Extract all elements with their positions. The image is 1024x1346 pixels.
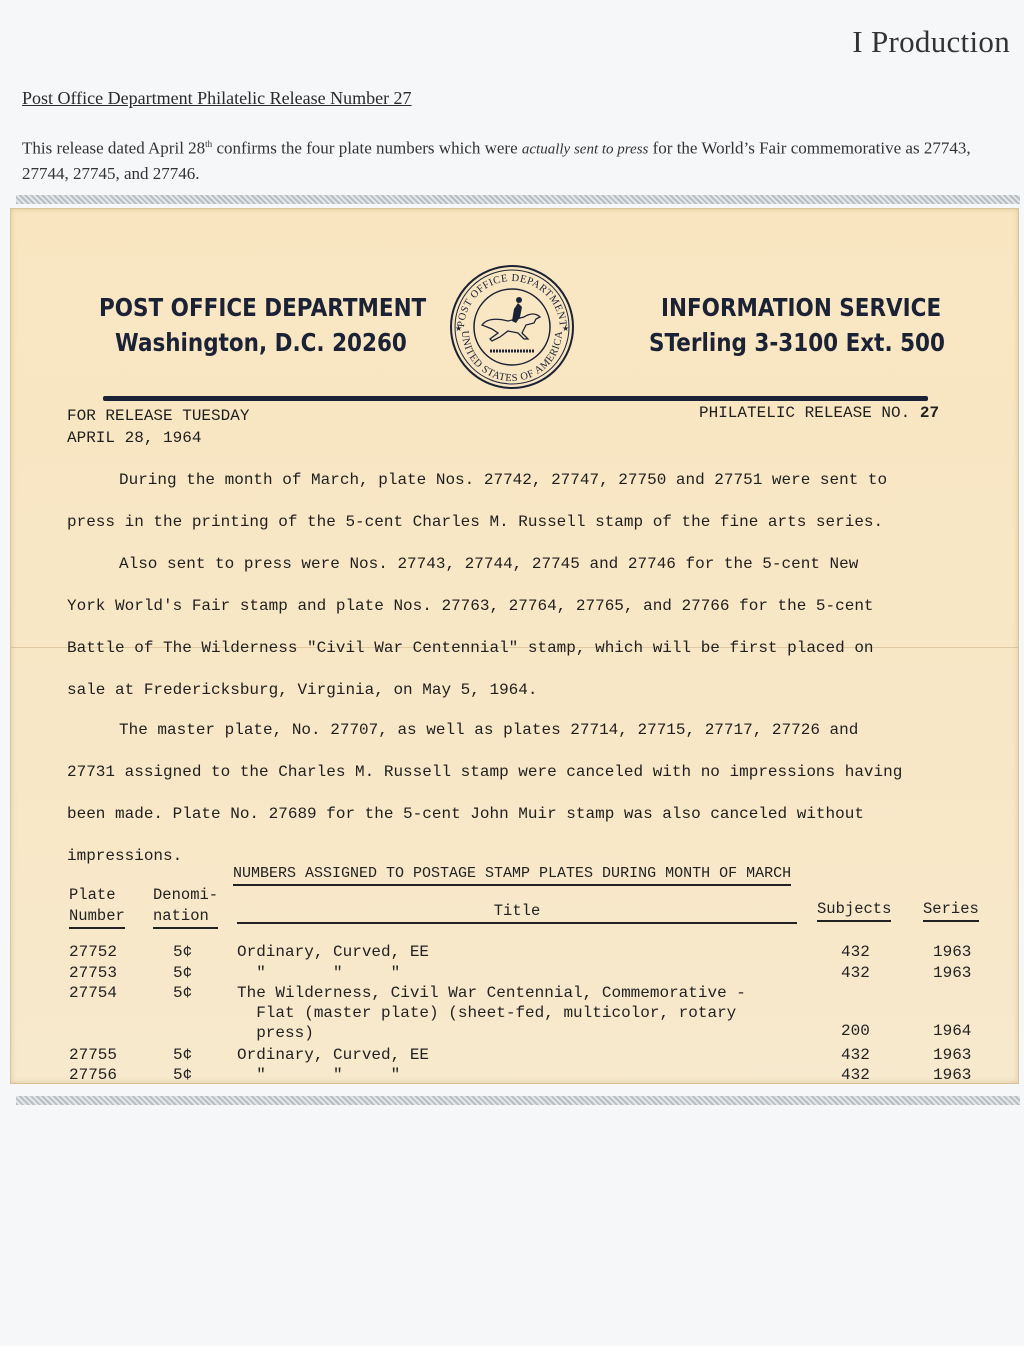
cell-denomination: 5¢ [173,1046,192,1064]
cell-title-line3: press) [237,1024,314,1042]
svg-text:★: ★ [562,324,569,333]
col-header-plate-2: Number [69,906,125,929]
cell-subjects: 432 [841,1066,870,1083]
cell-series: 1963 [933,943,971,961]
release-day: FOR RELEASE TUESDAY [67,407,249,425]
col-header-plate-1: Plate [69,885,125,906]
divider-top [16,195,1020,204]
body-line: Also sent to press were Nos. 27743, 2774… [119,555,858,573]
cell-denomination: 5¢ [173,943,192,961]
post-rider-seal-icon: POST OFFICE DEPARTMENT UNITED STATES OF … [448,265,576,389]
cell-title-line2: Flat (master plate) (sheet-fed, multicol… [237,1004,736,1022]
intro-paragraph: This release dated April 28th confirms t… [22,133,982,185]
body-line: York World's Fair stamp and plate Nos. 2… [67,597,874,615]
release-number-label: PHILATELIC RELEASE NO. [699,404,910,422]
intro-text-1: This release dated April 28 [22,139,205,158]
letterhead-rule [103,396,928,401]
cell-plate: 27752 [69,943,117,961]
cell-plate: 27754 [69,984,117,1002]
body-line: impressions. [67,847,182,865]
table-row: 27754 5¢ The Wilderness, Civil War Cente… [11,984,1018,1048]
page-heading: Post Office Department Philatelic Releas… [22,88,412,109]
body-line: During the month of March, plate Nos. 27… [119,471,887,489]
letterhead-right-line1: INFORMATION SERVICE [661,291,941,325]
col-header-subjects: Subjects [817,899,891,922]
cell-series: 1963 [933,1066,971,1083]
cell-title: " " " [237,1066,400,1083]
col-header-denom-1: Denomi- [153,885,218,906]
body-line: been made. Plate No. 27689 for the 5-cen… [67,805,864,823]
cell-denomination: 5¢ [173,1066,192,1083]
cell-plate: 27756 [69,1066,117,1083]
cell-denomination: 5¢ [173,984,192,1002]
cell-series: 1964 [933,1022,971,1040]
cell-series: 1963 [933,1046,971,1064]
letterhead-left-line1: POST OFFICE DEPARTMENT [99,291,426,325]
svg-text:★: ★ [455,324,462,333]
cell-title: " " " [237,964,400,982]
body-line: 27731 assigned to the Charles M. Russell… [67,763,902,781]
cell-plate: 27753 [69,964,117,982]
divider-bottom [16,1096,1020,1105]
cell-subjects: 432 [841,1046,870,1064]
body-line: press in the printing of the 5-cent Char… [67,513,883,531]
cell-series: 1963 [933,964,971,982]
body-line: Battle of The Wilderness "Civil War Cent… [67,639,874,657]
table-row: 27756 5¢ " " " 432 1963 [11,1066,1018,1083]
body-line: The master plate, No. 27707, as well as … [119,721,858,739]
table-row: 27752 5¢ Ordinary, Curved, EE 432 1963 [11,943,1018,963]
intro-text-2: confirms the four plate numbers which we… [212,139,522,158]
cell-title: The Wilderness, Civil War Centennial, Co… [237,984,746,1002]
letterhead-left-line2: Washington, D.C. 20260 [115,326,407,360]
col-header-series: Series [923,899,979,922]
table-row: 27753 5¢ " " " 432 1963 [11,964,1018,984]
release-number: PHILATELIC RELEASE NO. 27 [699,404,939,422]
body-line: sale at Fredericksburg, Virginia, on May… [67,681,537,699]
release-date: APRIL 28, 1964 [67,429,201,447]
table-title: NUMBERS ASSIGNED TO POSTAGE STAMP PLATES… [233,865,791,886]
cell-plate: 27755 [69,1046,117,1064]
cell-title: Ordinary, Curved, EE [237,1046,429,1064]
release-number-value: 27 [920,404,939,422]
cell-title: Ordinary, Curved, EE [237,943,429,961]
col-header-plate: Plate Number [69,885,125,929]
cell-denomination: 5¢ [173,964,192,982]
col-header-denom-2: nation [153,906,218,929]
cell-subjects: 432 [841,964,870,982]
scanned-release-document: POST OFFICE DEPARTMENT Washington, D.C. … [10,208,1019,1084]
col-header-title: Title [237,901,797,924]
section-title: I Production [852,24,1010,60]
letterhead-right-line2: STerling 3-3100 Ext. 500 [649,326,945,360]
col-header-denomination: Denomi- nation [153,885,218,929]
table-row: 27755 5¢ Ordinary, Curved, EE 432 1963 [11,1046,1018,1066]
cell-subjects: 432 [841,943,870,961]
intro-emphasis: actually sent to press [522,142,649,158]
cell-subjects: 200 [841,1022,870,1040]
